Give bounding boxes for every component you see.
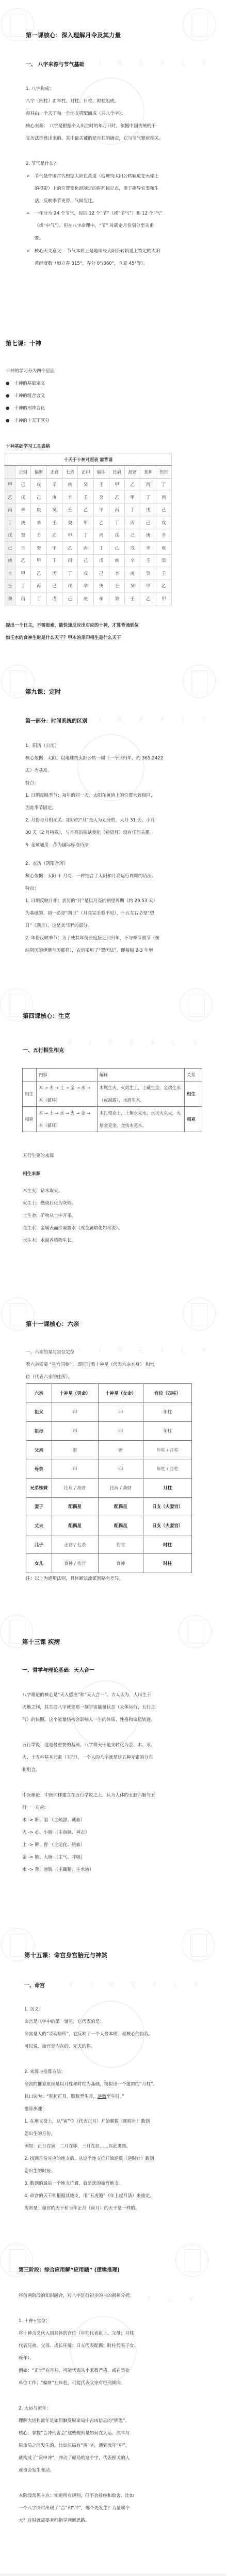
paragraph-line: 就构成了“寅申冲”，冲动了原局的这个字，代表相关的人	[19, 2452, 130, 2464]
table-cell: 配偶星	[52, 1497, 98, 1516]
content-cell: 木 → 火 → 土 → 金 → 水 → 木（循环）	[36, 1081, 97, 1107]
table-row: 癸丙丁戊己庚辛癸壬乙甲	[5, 592, 172, 605]
table-cell: 庚	[140, 529, 156, 542]
paragraph-line: 4. 命宫的天干则根据其地支，用“五虎遁”（年上起月法）来推定。	[24, 2190, 154, 2202]
bullet-line: 节气是中国古代根据太阳在黄道（地球绕太阳公转轨道在天球上	[35, 170, 159, 182]
lesson9-title: 第九课：定时	[25, 688, 61, 696]
table-cell: 丙	[93, 529, 109, 542]
table-cell: 癸	[46, 504, 62, 516]
header-cell: 七杀	[62, 466, 78, 479]
table-cell: 壬	[156, 567, 171, 580]
paragraph-line: 木生火：钻木取火。	[23, 1185, 62, 1197]
table-cell: 母亲	[26, 1459, 52, 1478]
explain-cell: 木扎根克土，土掩水克水，水灭火克火，火熔金克金，金伐木克木。	[97, 1107, 184, 1132]
table-cell: 己	[156, 504, 171, 516]
table-cell: 癸	[31, 542, 46, 555]
table-cell: 丙	[125, 516, 140, 529]
paragraph-line: 2. 月份与月相无关：阳历的“月”是人为划分的，大月 31 天，小月	[25, 814, 155, 827]
paragraph-line: 核心依据：太阳 + 月亮。一种结合了太阳和月亮运行周期的历法。	[25, 870, 156, 882]
paragraph-line: 核心：掌握“合冲刑害会”这些规则是如何在大运、流年与	[19, 2427, 130, 2440]
paragraph-line: 代表兄弟、父母、成长环境；日支代表配偶；时柱代表子女、	[19, 2340, 138, 2352]
header-cell: 关系	[185, 1069, 202, 1081]
paragraph-line: 火 -> 心、小肠 （主血脉、神志）	[22, 1826, 89, 1839]
paragraph-line: 或事会发生变动。	[19, 2464, 54, 2477]
header-cell: 正官	[46, 466, 62, 479]
six-relatives-table: 六亲 十神星（男命） 十神星（女命） 宫位（四柱） 祖父印印年柱祖母印印年柱父亲…	[26, 1383, 192, 1573]
table-cell: 庚	[31, 504, 46, 516]
paragraph-line: 气）的快照。这个能量结构会影响人一生的体质、性格和命运轨迹。	[22, 1714, 155, 1726]
paragraph-line: 位（代表六亲的住所）。	[26, 1371, 72, 1383]
table-cell: 甲	[62, 529, 78, 542]
table-cell: 己	[62, 592, 78, 605]
header-cell	[5, 466, 15, 479]
header-cell: 食神	[140, 466, 156, 479]
table-cell: 癸	[15, 529, 31, 542]
paragraph-line: 八字（四柱）由年柱、月柱、日柱、时柱组成。	[26, 95, 119, 108]
paragraph-line: 2、农历（阴阳合历）	[25, 858, 68, 870]
paragraph-line: 支历法推算出来的。其中最关键的是月柱的确定，它与节气紧密相关。	[26, 132, 163, 145]
table-cell: 印	[98, 1459, 143, 1478]
table-row: 相生 木 → 火 → 土 → 金 → 水 → 木（循环） 木燃生火，火烬生土，土…	[23, 1081, 202, 1107]
table-row: 女儿食神 / 伤官食神时柱	[26, 1554, 192, 1573]
paragraph-line: 原命局之间发生的。比如原局有“寅”字，遇到流年“申”，	[19, 2440, 130, 2452]
table-cell: 甲	[156, 592, 171, 605]
table-cell: 配偶星	[98, 1516, 143, 1535]
table-cell: 癸	[140, 567, 156, 580]
row-stem-cell: 乙	[5, 491, 15, 504]
table-cell: 戊	[125, 542, 140, 555]
table-cell: 乙	[125, 478, 140, 491]
table-row: 丙辛庚癸壬乙甲丙丁戊己	[5, 504, 172, 516]
table-row: 父亲财财年柱 / 月柱	[26, 1440, 192, 1459]
header-cell	[23, 1069, 37, 1081]
table-cell: 甲	[15, 567, 31, 580]
table-cell: 比肩 / 劫财	[52, 1478, 98, 1497]
paragraph-line: 每柱由一个天干和一个地支搭配而成（共八个字）。	[26, 108, 125, 120]
table-cell: 女儿	[26, 1554, 52, 1573]
paragraph-line: 命宫是八字中的第一辅星，它代表的是：	[24, 2016, 104, 2028]
bullet-line: 活，反映季节更替、气候变迁。	[35, 195, 96, 207]
paragraph-line: 金 -> 肺、大肠 （主气、呼吸）	[22, 1851, 85, 1864]
table-cell: 乙	[156, 580, 171, 592]
seal-watermark-icon	[183, 665, 216, 698]
paragraph-line: 因此季节固定。	[25, 802, 56, 814]
table-cell: 己	[125, 529, 140, 542]
paragraph-line: 特点：	[25, 882, 39, 895]
paragraph-line: 3. 数到的最后一个地支位置，就是您的命宫地支。	[24, 2177, 123, 2190]
paragraph-line: 命宫是人的“灵魂居所”，它反映了一个人最本质、最核心的自我。	[24, 2028, 153, 2040]
table-cell: 妻子	[26, 1497, 52, 1516]
bullet-line: 一年分为 24 个节气，包括 12 个“节”（或“节气”）和 12 个“气”	[35, 207, 163, 220]
table-cell: 丁	[156, 478, 171, 491]
paragraph-line: 命宫的推算原理是以月柱和时柱为基础，模拟出一个虚拟的“月柱”。	[24, 2078, 157, 2091]
bullet-line: （或“中气”）。但在八字命理中，“节” 对确定月份划分至关重	[35, 220, 154, 232]
paragraph-line: 为基础的。初一必是“朔日”（月亮完全看不见），十五左右必是“望	[25, 907, 154, 920]
lesson9-part1: 第一部分：时间系统的区别	[25, 717, 87, 724]
row-label: 相生	[23, 1081, 37, 1107]
header-cell: 十神星（男命）	[52, 1384, 98, 1403]
table-row: 戊癸壬乙甲丁丙戊己庚辛	[5, 529, 172, 542]
table-cell: 乙	[62, 542, 78, 555]
table-cell: 己	[93, 567, 109, 580]
table-row: 己壬癸甲乙丙丁己戊辛庚	[5, 542, 172, 555]
table-cell: 印	[98, 1403, 143, 1422]
bullet-item: 十神的组合含义	[14, 390, 45, 402]
table-row: 祖母印印年柱	[26, 1422, 192, 1441]
lesson7-intro: 十神的学习分为四个层面	[6, 365, 55, 377]
table-cell: 乙	[31, 567, 46, 580]
table-cell: 丁	[31, 592, 46, 605]
lesson1-item1-label: 1. 八字构成：	[26, 83, 54, 95]
paragraph-line: 看六亲需要 “星宫同参” ，即同时看十神星（代表六亲本身） 和宫	[26, 1359, 154, 1371]
paragraph-line: 八字理论的核心是“天人感应”和“天人合一”。古人认为，人出生于	[22, 1689, 151, 1701]
table-cell: 辛	[125, 554, 140, 567]
seal-watermark-icon	[183, 8, 216, 41]
table-row: 妻子配偶星配偶星日支（夫妻宫）	[26, 1497, 192, 1516]
table-cell: 壬	[140, 554, 156, 567]
formula-line: 其口诀为：“寅起正月，顺数至生月，逆数至生时。”	[24, 2091, 124, 2103]
paragraph-line: 火生土：燃烧后化为灰烬。	[23, 1197, 76, 1210]
table-cell: 甲	[46, 542, 62, 555]
paragraph-line: 金生水：金属表面冷凝露水（或金属熔化如水流）。	[23, 1222, 122, 1234]
paragraph-line: 1. 在地支盘上，从“寅”位（代表正月）开始顺数（顺时针）数到	[24, 2115, 150, 2128]
lesson13-section1: 一、哲学与理论基础：天人合一	[22, 1666, 94, 1673]
paragraph-line: 例如：“正官”在月柱，可能代表从小家教严格，或在事业	[19, 2365, 130, 2377]
table-cell: 戊	[31, 478, 46, 491]
seal-watermark-icon	[180, 988, 213, 1022]
paragraph-line: 30 天（2 月特殊），与月亮的圆缺变化（朔望月）没有任何关系。	[25, 827, 154, 839]
lesson1-item2-label: 2. 节气是什么？	[26, 158, 58, 170]
table-cell: 甲	[140, 580, 156, 592]
paragraph-line: 将十神含义代入到具体的宫位（年柱代表祖上、父母；月柱	[19, 2327, 134, 2340]
table-cell: 印	[98, 1422, 143, 1441]
table-cell: 戊	[62, 580, 78, 592]
lesson4-section1: 一、五行相生相克	[23, 1046, 64, 1054]
table-cell: 丁	[62, 567, 78, 580]
paragraph-line: 规则是：命宫的天干和当年正月（寅月）的天干是一样的。	[24, 2202, 139, 2215]
table-cell: 配偶星	[98, 1497, 143, 1516]
table-cell: 辛	[156, 529, 171, 542]
table-cell: 丙	[62, 554, 78, 567]
paragraph-line: 土生金：矿物从土中开采。	[23, 1210, 76, 1222]
row-stem-cell: 庚	[5, 554, 15, 567]
bullet-line: 要。	[35, 232, 43, 245]
table-cell: 癸	[62, 516, 78, 529]
table-cell: 癸	[125, 580, 140, 592]
paragraph-line: 晚年）。	[19, 2352, 34, 2365]
table-cell: 壬	[46, 516, 62, 529]
lesson7-note: 提出一个日主，不需思索，能快速反应出对应的十神，才算背诵到位	[6, 619, 139, 632]
table-cell: 月柱	[143, 1478, 192, 1497]
table-cell: 癸	[78, 478, 93, 491]
table-cell: 辛	[93, 592, 109, 605]
bullet-item: 十神的基础定义	[14, 377, 45, 390]
paragraph-line: 木 -> 肝、胆 （主疏泄、藏血）	[22, 1814, 85, 1826]
table-cell: 戊	[156, 516, 171, 529]
lesson11-note: 注：以上为通用法则，具体断法流派间略有差异。	[26, 1573, 123, 1585]
table-cell: 年柱 / 月柱	[143, 1440, 192, 1459]
table-cell: 印	[52, 1422, 98, 1441]
table-cell: 己	[78, 554, 93, 567]
table-cell: 乙	[140, 592, 156, 605]
table-cell: 辛	[140, 542, 156, 555]
formula-text: 其口诀为：“寅起正月，顺数至生月，	[24, 2094, 98, 2099]
table-cell: 丙	[31, 580, 46, 592]
table-cell: 甲	[109, 478, 124, 491]
paragraph-line: 2. 年份反映季节：为了使其年份长度接近回归年，不与季节脱节（像	[25, 932, 159, 944]
paragraph-line: 例如：正月在寅，二月在卯，三月在辰……以此类推。	[24, 2140, 131, 2153]
page-footer-bar	[0, 2573, 226, 2576]
table-cell: 丙	[156, 491, 171, 504]
table-cell: 年柱	[143, 1403, 192, 1422]
relation-cell: 相克	[185, 1107, 202, 1132]
watermark-text: F I R E F L Y	[77, 1347, 214, 1355]
row-stem-cell: 丙	[5, 504, 15, 516]
six-relatives-body: 祖父印印年柱祖母印印年柱父亲财财年柱 / 月柱母亲印印年柱 / 月柱兄弟姊妹比肩…	[26, 1403, 192, 1573]
arrow-bullet-icon: ➢	[26, 170, 30, 182]
explain-cell: 木燃生火，火烬生土，土藏生金，金熔生水（或凝露），水润生木。	[97, 1081, 184, 1107]
header-cell: 十神星（女命）	[98, 1384, 143, 1403]
lesson15-title: 第十五课：命宫身宫胎元与神煞	[24, 1951, 107, 1959]
stage3-title: 第三阶段：综合应用解“应用题” (逻辑推理)	[19, 2265, 120, 2273]
ten-gods-table-body: 甲己戊辛庚癸壬甲乙丙丁乙戊己庚辛壬癸乙甲丁丙丙辛庚癸壬乙甲丙丁戊己丁庚辛壬癸甲乙…	[5, 478, 172, 605]
header-cell: 劫财	[125, 466, 140, 479]
table-cell: 祖母	[26, 1422, 52, 1441]
paragraph-line: 1. 日期反映月相：农历的“月”是以月亮的朔望周期（约 29.53 天）	[25, 895, 157, 907]
bullet-line: 的投影）上的位置变化而制定的时间标记点，用于指导农事和生	[35, 182, 159, 195]
table-cell: 丁	[109, 516, 124, 529]
table-cell: 壬	[78, 491, 93, 504]
bullet-line: 核心天文意义： 节气本质上是地球绕太阳公转轨道上特定的太阳	[35, 245, 160, 257]
table-cell: 丙	[15, 592, 31, 605]
row-stem-cell: 辛	[5, 567, 15, 580]
table-cell: 戊	[46, 592, 62, 605]
table-row: 庚乙甲丁丙己戊庚辛壬癸	[5, 554, 172, 567]
watermark-text: F I R E F L Y	[68, 1039, 204, 1047]
formula-text: 至生时。”	[106, 2094, 124, 2099]
header-cell: 比肩	[109, 466, 124, 479]
table-cell: 印	[52, 1403, 98, 1422]
lesson4-title: 第四课核心：生克	[23, 1012, 70, 1020]
content-cell: 木 → 土 → 水 → 火 → 金 → 木（循环）	[36, 1107, 97, 1132]
header-cell: 内容	[36, 1069, 97, 1081]
paragraph-line: 天地之间，其生辰八字就是那一刻宇宙能量状态（天体运行、五行之	[22, 1701, 155, 1714]
paragraph-line: 大？这时就需要老师指导判断思路。	[19, 2514, 90, 2527]
table-cell: 父亲	[26, 1440, 52, 1459]
seal-watermark-icon	[182, 1928, 215, 1961]
table-cell: 辛	[15, 504, 31, 516]
table-cell: 辛	[46, 478, 62, 491]
table-row: 兄弟姊妹比肩 / 劫财比肩 / 劫财月柱	[26, 1478, 192, 1497]
table-cell: 丁	[125, 504, 140, 516]
table-row: 相克 木 → 土 → 水 → 火 → 金 → 木（循环） 木扎根克土，土掩水克水…	[23, 1107, 202, 1132]
table-row: 乙戊己庚辛壬癸乙甲丁丙	[5, 491, 172, 504]
table-cell: 财	[98, 1440, 143, 1459]
table-cell: 壬	[109, 580, 124, 592]
bullet-dot-icon: ●	[6, 415, 10, 427]
bullet-line: 黄经度数（如立春 315°，春分 0°/360°，立夏 45°等）。	[35, 257, 148, 270]
table-caption: 十天干十神对照表 需背诵	[5, 453, 172, 466]
paragraph-line: 理解大运和流年是如何触发原命局中吉凶信息的“钥匙”。	[19, 2415, 130, 2427]
row-stem-cell: 己	[5, 542, 15, 555]
paragraph-line: 天）为基准。	[25, 765, 52, 777]
arrow-bullet-icon: ➢	[26, 245, 30, 257]
table-cell: 辛	[109, 567, 124, 580]
table-cell: 配偶星	[52, 1516, 98, 1535]
table-cell: 伤官	[98, 1535, 143, 1554]
lesson1-section1: 一、 八字来源与节气基础	[26, 60, 84, 68]
table-cell: 辛	[31, 516, 46, 529]
table-cell: 儿子	[26, 1535, 52, 1554]
seal-watermark-icon	[179, 1615, 212, 1648]
paragraph-line: 1. 日期反映季节：每年的同一天，太阳在黄道上的位置大致相同，	[25, 789, 155, 802]
header-cell: 正印	[78, 466, 93, 479]
table-cell: 乙	[109, 491, 124, 504]
watermark-text: F I R E F L Y	[77, 59, 214, 68]
table-cell: 庚	[15, 516, 31, 529]
sheng-source-title: 相生来源	[23, 1168, 40, 1180]
formula-underlined: 逆数	[98, 2094, 106, 2099]
table-cell: 丈夫	[26, 1516, 52, 1535]
table-row: 壬丁丙己戊辛庚壬癸甲乙	[5, 580, 172, 592]
table-cell: 印	[52, 1459, 98, 1478]
meaning-label: 1. 含义：	[24, 2003, 43, 2016]
paragraph-line: 火、土五种基本元素（五行）。一个人的八字就是这五种元素的分布	[22, 1751, 153, 1764]
table-cell: 食神 / 伤官	[52, 1554, 98, 1573]
table-cell: 财	[52, 1440, 98, 1459]
table-cell: 年柱	[143, 1422, 192, 1441]
table-cell: 丁	[78, 529, 93, 542]
table-cell: 乙	[15, 554, 31, 567]
watermark-text: F I R E F L Y	[70, 1981, 206, 1989]
table-row: 丁庚辛壬癸甲乙丁丙己戊	[5, 516, 172, 529]
header-cell: 偏印	[93, 466, 109, 479]
paragraph-line: 特点：	[25, 777, 39, 789]
table-cell: 丙	[78, 542, 93, 555]
paragraph-line: 中医理论：中医同样建立在五行学说之上，认为人体的五脏六腑与五	[22, 1789, 155, 1802]
table-cell: 甲	[78, 516, 93, 529]
method-label: 2. 来源与推算方法：	[24, 2066, 66, 2078]
paragraph-line: 一个八字同时出现了“合”和“冲”，哪个先发生？力量哪个	[19, 2502, 130, 2514]
table-cell: 丁	[46, 554, 62, 567]
table-cell: 癸	[93, 491, 109, 504]
header-cell: 伤官	[156, 466, 171, 479]
table-cell: 庚	[78, 592, 93, 605]
row-label: 相克	[23, 1107, 37, 1132]
table-cell: 庚	[125, 567, 140, 580]
table-cell: 丙	[140, 478, 156, 491]
table-cell: 庚	[93, 580, 109, 592]
table-cell: 乙	[78, 504, 93, 516]
table-cell: 祖父	[26, 1403, 52, 1422]
document-page: F I R E F L Y 第一课核心：深入理解月令及其力量 一、 八字来源与节…	[0, 0, 226, 2576]
lesson1-title: 第一课核心：深入理解月令及其力量	[26, 31, 121, 39]
table-cell: 乙	[46, 529, 62, 542]
table-cell: 戊	[140, 504, 156, 516]
header-cell: 偏财	[31, 466, 46, 479]
table-cell: 兄弟姊妹	[26, 1478, 52, 1497]
paragraph-line: 可以说，命宫是内在的、先天的你。	[24, 2040, 95, 2053]
lesson7-title: 第七课：十神	[6, 339, 41, 347]
table-cell: 日支（夫妻宫）	[143, 1497, 192, 1516]
ten-gods-table: 十天干十神对照表 需背诵 正财 偏财 正官 七杀 正印 偏印 比肩 劫财 食神 …	[5, 453, 172, 605]
table-cell: 戊	[15, 491, 31, 504]
header-cell: 正财	[15, 466, 31, 479]
relation-cell: 相生	[185, 1081, 202, 1107]
paragraph-line: 单位工作；“偏财”在年柱，可能代表父亲有经商倾向。	[19, 2377, 125, 2389]
table-cell: 己	[46, 580, 62, 592]
table-cell: 丁	[15, 580, 31, 592]
table-cell: 庚	[46, 491, 62, 504]
table-cell: 戊	[78, 567, 93, 580]
paragraph-line: 2. 找到月份对应的地支后，从这个地支位开始逆数（逆时针）数到	[24, 2153, 154, 2165]
paragraph-line: 土 -> 脾、胃 （主运化、统血）	[22, 1839, 85, 1851]
paragraph-line: 水 -> 肾、膀胱 （主藏精、主水液）	[22, 1864, 94, 1876]
table-row: 丈夫配偶星配偶星日支（夫妻宫）	[26, 1516, 192, 1535]
table-row: 辛甲乙丙丁戊己辛庚癸壬	[5, 567, 172, 580]
bullet-dot-icon: ●	[6, 402, 10, 415]
table-cell: 时柱	[143, 1554, 192, 1573]
table-cell: 壬	[125, 592, 140, 605]
table-cell: 癸	[109, 592, 124, 605]
paragraph-line: 您出生的月份。	[24, 2128, 55, 2140]
table-cell: 辛	[78, 580, 93, 592]
lesson11-section1: 一、六亲的星与宫位定位	[26, 1346, 75, 1359]
row-stem-cell: 甲	[5, 478, 15, 491]
table-cell: 己	[109, 542, 124, 555]
wuxing-source-title: 五行生克的来源	[23, 1150, 54, 1162]
paragraph-line: 日”（满月）。这是其“阴”的部分。	[25, 920, 92, 932]
table-cell: 年柱 / 月柱	[143, 1459, 192, 1478]
paragraph-line: 2. 大运与流年：	[19, 2402, 51, 2415]
table-row: 母亲印印年柱 / 月柱	[26, 1459, 192, 1478]
paragraph-line: 1、阳历（公历）	[25, 740, 59, 752]
row-stem-cell: 丁	[5, 516, 15, 529]
table-cell: 壬	[62, 504, 78, 516]
seal-watermark-icon	[175, 2244, 208, 2277]
table-cell: 甲	[125, 491, 140, 504]
table-row: 儿子正官 / 七杀伤官时柱	[26, 1535, 192, 1554]
paragraph-line: 1. 十神+宫位：	[19, 2315, 50, 2327]
table-cell: 乙	[93, 516, 109, 529]
table-cell: 戊	[109, 529, 124, 542]
paragraph-line: 核心来源： 八字是根据个人出生时的年月日时，依据中国传统的干	[26, 120, 156, 132]
table-cell: 丁	[93, 542, 109, 555]
stage3-intro: 将前两阶段的知识融合，对八字进行初步的吉凶祸福分析。	[19, 2290, 134, 2302]
bullet-item: 十神的十天干区分	[14, 415, 50, 427]
table-cell: 丙	[109, 504, 124, 516]
table-cell: 甲	[31, 554, 46, 567]
table-cell: 癸	[156, 554, 171, 567]
arrow-bullet-icon: ➢	[26, 207, 30, 220]
table-cell: 己	[31, 491, 46, 504]
table-cell: 壬	[15, 542, 31, 555]
lesson13-title: 第十三课 疾病	[22, 1638, 60, 1646]
table-cell: 比肩 / 劫财	[98, 1478, 143, 1497]
table-row: 祖父印印年柱	[26, 1403, 192, 1422]
paragraph-line: 五行学说：这是最重要的基础。八字将天干地支转化为金、木、水、	[22, 1739, 155, 1751]
table-cell: 丁	[140, 491, 156, 504]
header-cell: 解释	[97, 1069, 184, 1081]
header-cell: 六亲	[26, 1384, 52, 1403]
lesson11-title: 第十一课核心：六亲	[26, 1320, 79, 1328]
steps-label: 推算步骤：	[24, 2103, 46, 2115]
paragraph-line: 3. 全球通用：作为国际标准历法	[25, 839, 89, 851]
bullet-dot-icon: ●	[6, 377, 10, 390]
table-cell: 正官 / 七杀	[52, 1535, 98, 1554]
table-cell: 食神	[98, 1554, 143, 1573]
paragraph-line: 核心依据：太阳。以地球绕太阳公转一周（一个回归年，约 365.2422	[25, 752, 163, 765]
